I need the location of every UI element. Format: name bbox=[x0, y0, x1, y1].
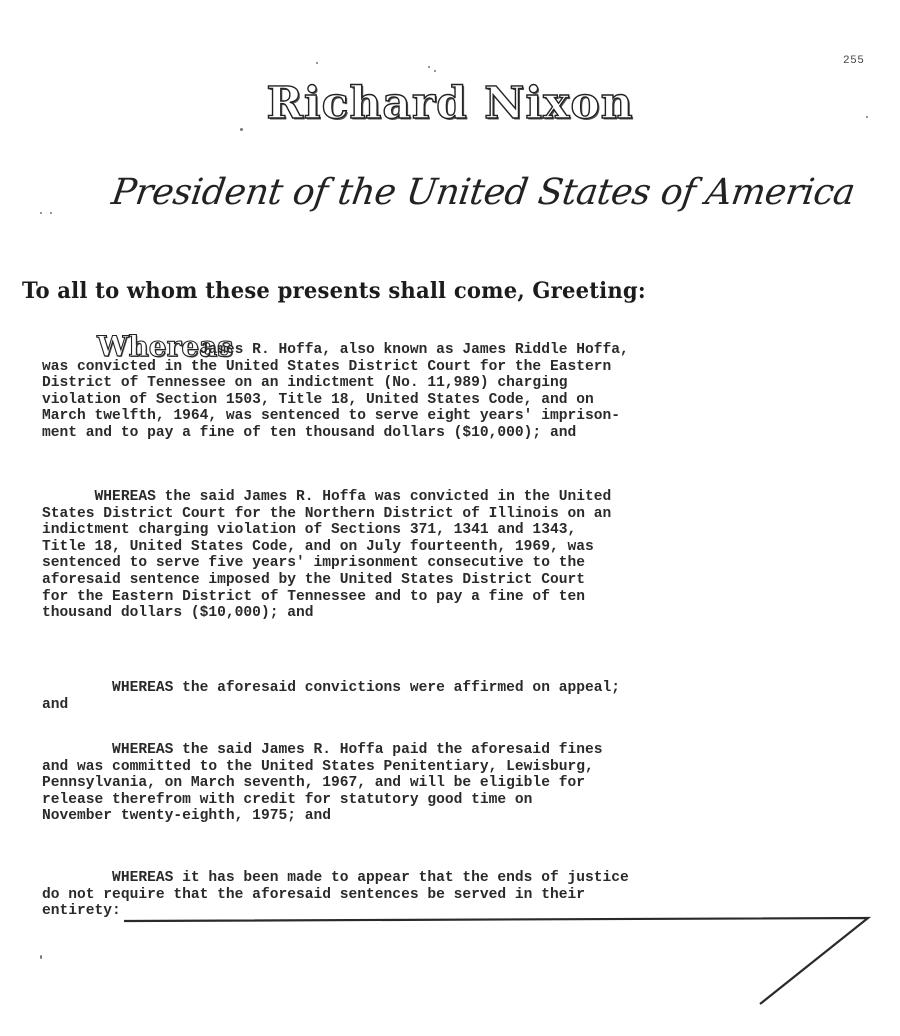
office-title: President of the United States of Americ… bbox=[109, 172, 857, 213]
paragraph-2: WHEREAS the said James R. Hoffa was conv… bbox=[42, 489, 872, 622]
scan-speck bbox=[40, 212, 42, 214]
page-number: 255 bbox=[843, 55, 864, 67]
paragraph-5: WHEREAS it has been made to appear that … bbox=[42, 870, 872, 920]
paragraph-3: WHEREAS the aforesaid convictions were a… bbox=[42, 680, 872, 713]
scan-speck bbox=[40, 955, 42, 959]
paragraph-1: James R. Hoffa, also known as James Ridd… bbox=[42, 342, 872, 442]
scan-speck bbox=[50, 212, 52, 214]
scan-speck bbox=[316, 62, 318, 64]
scan-speck bbox=[434, 70, 436, 72]
greeting-line: To all to whom these presents shall come… bbox=[22, 278, 646, 304]
president-name-title: Richard Nixon bbox=[0, 78, 900, 129]
scan-speck bbox=[428, 66, 430, 68]
paragraph-4: WHEREAS the said James R. Hoffa paid the… bbox=[42, 742, 872, 825]
